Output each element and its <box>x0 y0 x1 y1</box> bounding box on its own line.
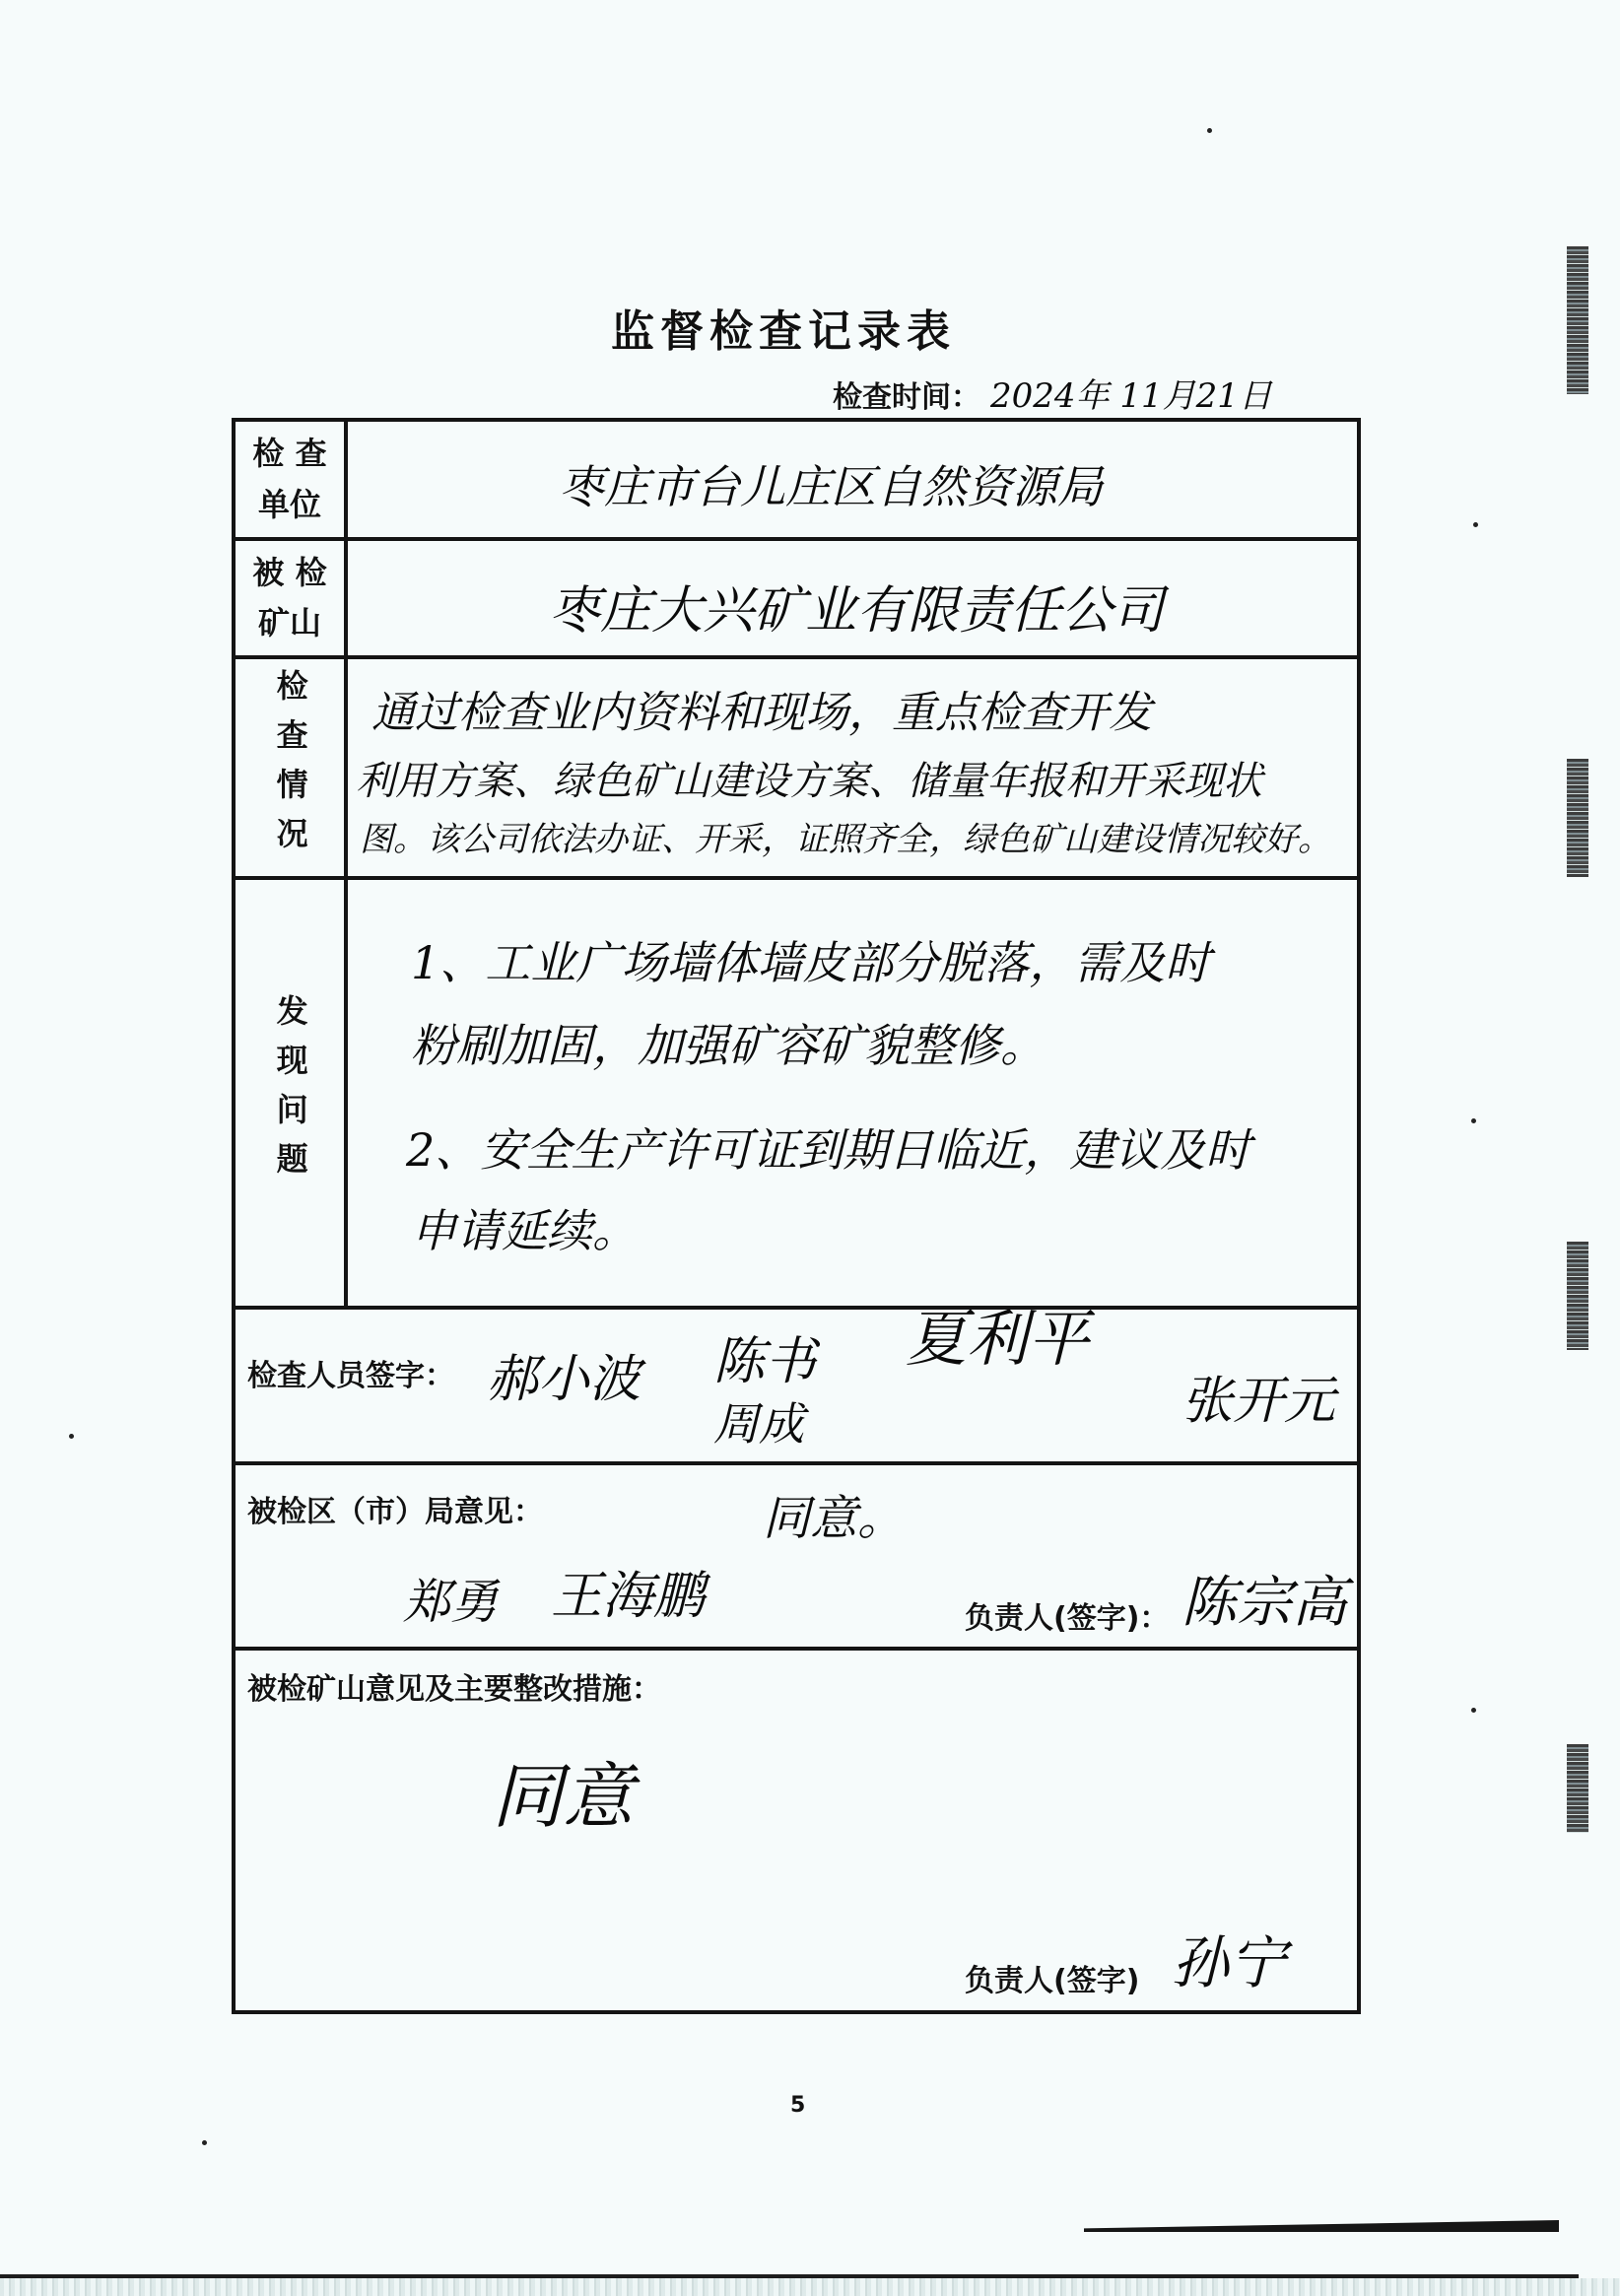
document-title: 监督检查记录表 <box>611 296 956 359</box>
label-line: 被 检 <box>252 548 326 598</box>
inspection-record-table: 检 查单位 枣庄市台儿庄区自然资源局 被 检矿山 枣庄大兴矿业有限责任公司 检查… <box>232 418 1361 2014</box>
inspected-mine-label: 被 检矿山 <box>236 541 348 655</box>
scan-speck <box>69 1434 74 1439</box>
scan-speck <box>202 2140 207 2145</box>
row-issues-found: 发现问题 1、工业广场墙体墙皮部分脱落，需及时 粉刷加固，加强矿容矿貌整修。 2… <box>236 880 1357 1310</box>
scan-speck <box>1473 522 1478 527</box>
row-inspection-unit: 检 查单位 枣庄市台儿庄区自然资源局 <box>236 422 1357 541</box>
inspection-unit-value: 枣庄市台儿庄区自然资源局 <box>559 451 1103 516</box>
district-bureau-opinion-text: 同意。 <box>763 1480 905 1548</box>
inspector-signature: 郝小波 <box>487 1337 641 1411</box>
row-mine-opinion: 被检矿山意见及主要整改措施： 同意 负责人(签字) 孙宁 <box>236 1651 1357 2014</box>
scan-edge-noise <box>1567 246 1588 394</box>
mine-opinion-text: 同意 <box>492 1739 634 1842</box>
district-bureau-signer: 郑勇 <box>403 1564 498 1632</box>
situation-line: 利用方案、绿色矿山建设方案、储量年报和开采现状 <box>356 750 1347 813</box>
issues-found-cell: 1、工业广场墙体墙皮部分脱落，需及时 粉刷加固，加强矿容矿貌整修。 2、安全生产… <box>352 880 1357 1306</box>
date-label: 检查时间： <box>833 380 980 415</box>
inspector-signature: 陈书 <box>713 1319 816 1393</box>
inspector-signature: 夏利平 <box>906 1290 1089 1378</box>
situation-line: 图。该公司依法办证、开采，证照齐全，绿色矿山建设情况较好。 <box>360 813 1347 866</box>
scan-speck <box>1471 1708 1476 1713</box>
issues-found-label: 发现问题 <box>236 880 348 1306</box>
issue-line: 粉刷加固，加强矿容矿貌整修。 <box>411 1010 1347 1083</box>
inspected-mine-cell: 枣庄大兴矿业有限责任公司 <box>352 541 1357 655</box>
row-inspection-situation: 检查情况 通过检查业内资料和现场，重点检查开发 利用方案、绿色矿山建设方案、储量… <box>236 659 1357 880</box>
row-inspected-mine: 被 检矿山 枣庄大兴矿业有限责任公司 <box>236 541 1357 659</box>
scan-edge-noise <box>1567 1744 1588 1833</box>
district-responsible-label: 负责人(签字)： <box>965 1593 1169 1637</box>
scan-edge-noise <box>1567 1242 1588 1350</box>
scan-edge-noise <box>1567 759 1588 877</box>
inspector-signature: 周成 <box>713 1388 804 1453</box>
label-line: 矿山 <box>252 598 326 648</box>
issue-line: 1、工业广场墙体墙皮部分脱落，需及时 <box>411 927 1347 1000</box>
mine-responsible-signature: 孙宁 <box>1172 1917 1286 1999</box>
scan-speck <box>1471 1118 1476 1123</box>
district-bureau-signer: 王海鹏 <box>551 1554 705 1628</box>
row-district-bureau-opinion: 被检区（市）局意见： 同意。 郑勇 王海鹏 负责人(签字)： 陈宗高 <box>236 1465 1357 1651</box>
scan-speck <box>1207 128 1212 133</box>
row-inspector-signatures: 检查人员签字： 郝小波 陈书 周成 夏利平 张开元 <box>236 1310 1357 1465</box>
inspector-signature: 张开元 <box>1181 1359 1335 1433</box>
inspected-mine-value: 枣庄大兴矿业有限责任公司 <box>549 569 1164 642</box>
situation-line: 通过检查业内资料和现场，重点检查开发 <box>371 679 1347 748</box>
mine-responsible-label: 负责人(签字) <box>965 1956 1139 1999</box>
district-responsible-signature: 陈宗高 <box>1181 1559 1347 1638</box>
district-bureau-opinion-label: 被检区（市）局意见： <box>247 1487 543 1530</box>
inspector-signatures-label: 检查人员签字： <box>247 1351 454 1394</box>
issue-line: 申请延续。 <box>411 1195 1347 1268</box>
date-value: 2024年 11月21日 <box>990 376 1272 416</box>
inspection-situation-cell: 通过检查业内资料和现场，重点检查开发 利用方案、绿色矿山建设方案、储量年报和开采… <box>352 659 1357 876</box>
inspection-unit-label: 检 查单位 <box>236 422 348 537</box>
scan-bar <box>1084 2220 1559 2232</box>
inspection-unit-cell: 枣庄市台儿庄区自然资源局 <box>352 422 1357 537</box>
mine-opinion-label: 被检矿山意见及主要整改措施： <box>247 1664 661 1708</box>
inspection-date: 检查时间：2024年 11月21日 <box>833 369 1272 417</box>
inspection-situation-label: 检查情况 <box>236 659 348 876</box>
label-line: 单位 <box>252 480 326 530</box>
label-line: 检 查 <box>252 429 326 479</box>
scan-bottom-noise <box>0 2278 1620 2296</box>
issue-line: 2、安全生产许可证到期日临近，建议及时 <box>406 1114 1347 1187</box>
page-number: 5 <box>790 2093 805 2118</box>
